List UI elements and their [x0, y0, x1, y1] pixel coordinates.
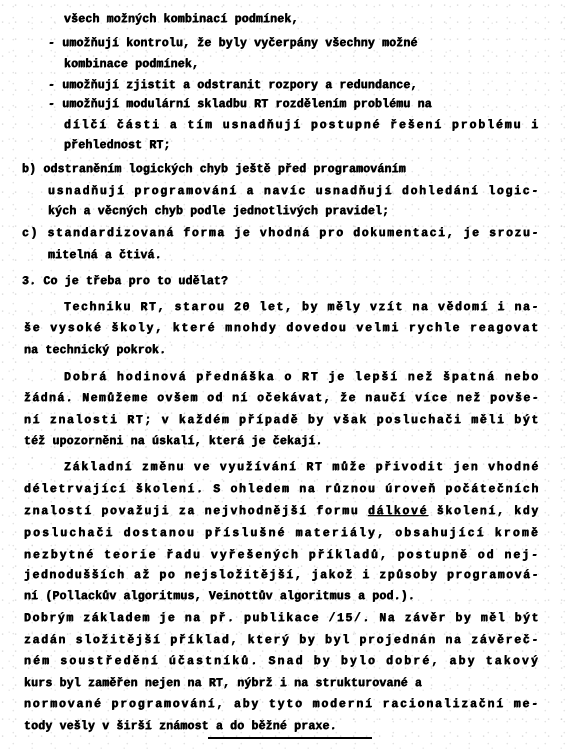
paragraph-line: žádná. Nemůžeme ovšem od ní očekávat, že…: [24, 392, 540, 406]
text-run: školení, kdy: [428, 505, 540, 518]
list-continuation: mitelná a čtivá.: [48, 249, 162, 263]
paragraph-line: déletrvající školení. S ohledem na různo…: [24, 483, 540, 497]
section-divider: [208, 737, 372, 739]
list-continuation: usnadňují programování a navíc usnadňují…: [48, 185, 540, 199]
underlined-word: dálkové: [368, 505, 428, 518]
list-continuation: kých a věcných chyb podle jednotlivých p…: [48, 205, 389, 219]
paragraph-line: ném soustředění účastníků. Snad by bylo …: [24, 655, 540, 669]
text-run: znalostí považuji za nejvhodnější formu: [24, 505, 368, 518]
paragraph-line: na technický pokrok.: [24, 344, 166, 358]
paragraph-line: tody vešly v širší známost a do běžné pr…: [24, 720, 337, 734]
list-continuation: kombinace podmínek,: [64, 58, 199, 72]
paragraph-line: Dobrá hodinová přednáška o RT je lepší n…: [64, 371, 540, 385]
paragraph-line: še vysoké školy, které mnohdy dovedou ve…: [24, 322, 540, 336]
paragraph-line: Techniku RT, starou 20 let, by měly vzít…: [64, 301, 540, 315]
paragraph-line: znalostí považuji za nejvhodnější formu …: [24, 505, 540, 519]
list-item-c: c) standardizovaná forma je vhodná pro d…: [22, 227, 540, 241]
paragraph-line: jednodušších až po nejsložitější, jakož …: [24, 569, 540, 583]
section-heading: 3. Co je třeba pro to udělat?: [22, 275, 228, 289]
paragraph-line: zadán složitější příklad, který by byl p…: [24, 634, 540, 648]
paragraph-line: kurs byl zaměřen nejen na RT, nýbrž i na…: [24, 677, 422, 691]
bullet-item: - umožňují kontrolu, že byly vyčerpány v…: [48, 37, 418, 51]
paragraph-line: Dobrým základem je na př. publikace /15/…: [24, 612, 540, 626]
bullet-item: - umožňují zjistit a odstranit rozpory a…: [48, 79, 418, 93]
paragraph-line: nezbytné teorie řadu vyřešených příkladů…: [24, 549, 540, 563]
bullet-item: - umožňují modulární skladbu RT rozdělen…: [48, 98, 432, 112]
paragraph-line: normované programování, aby tyto moderní…: [24, 698, 540, 712]
paragraph-line: ní znalosti RT; v každém případě by však…: [24, 414, 540, 428]
paragraph-line: posluchači dostanou příslušné materiály,…: [24, 527, 540, 541]
list-continuation: všech možných kombinací podmínek,: [64, 13, 299, 27]
list-item-b: b) odstraněním logických chyb ještě před…: [22, 163, 406, 177]
list-continuation: dílčí části a tím usnadňují postupné řeš…: [64, 119, 540, 133]
paragraph-line: Základní změnu ve využívání RT může přiv…: [64, 461, 540, 475]
list-continuation: přehlednost RT;: [64, 139, 171, 153]
paragraph-line: též upozorněni na úskalí, která je čekaj…: [24, 435, 323, 449]
paragraph-line: ní (Pollackův algoritmus, Veinottův algo…: [24, 590, 415, 604]
